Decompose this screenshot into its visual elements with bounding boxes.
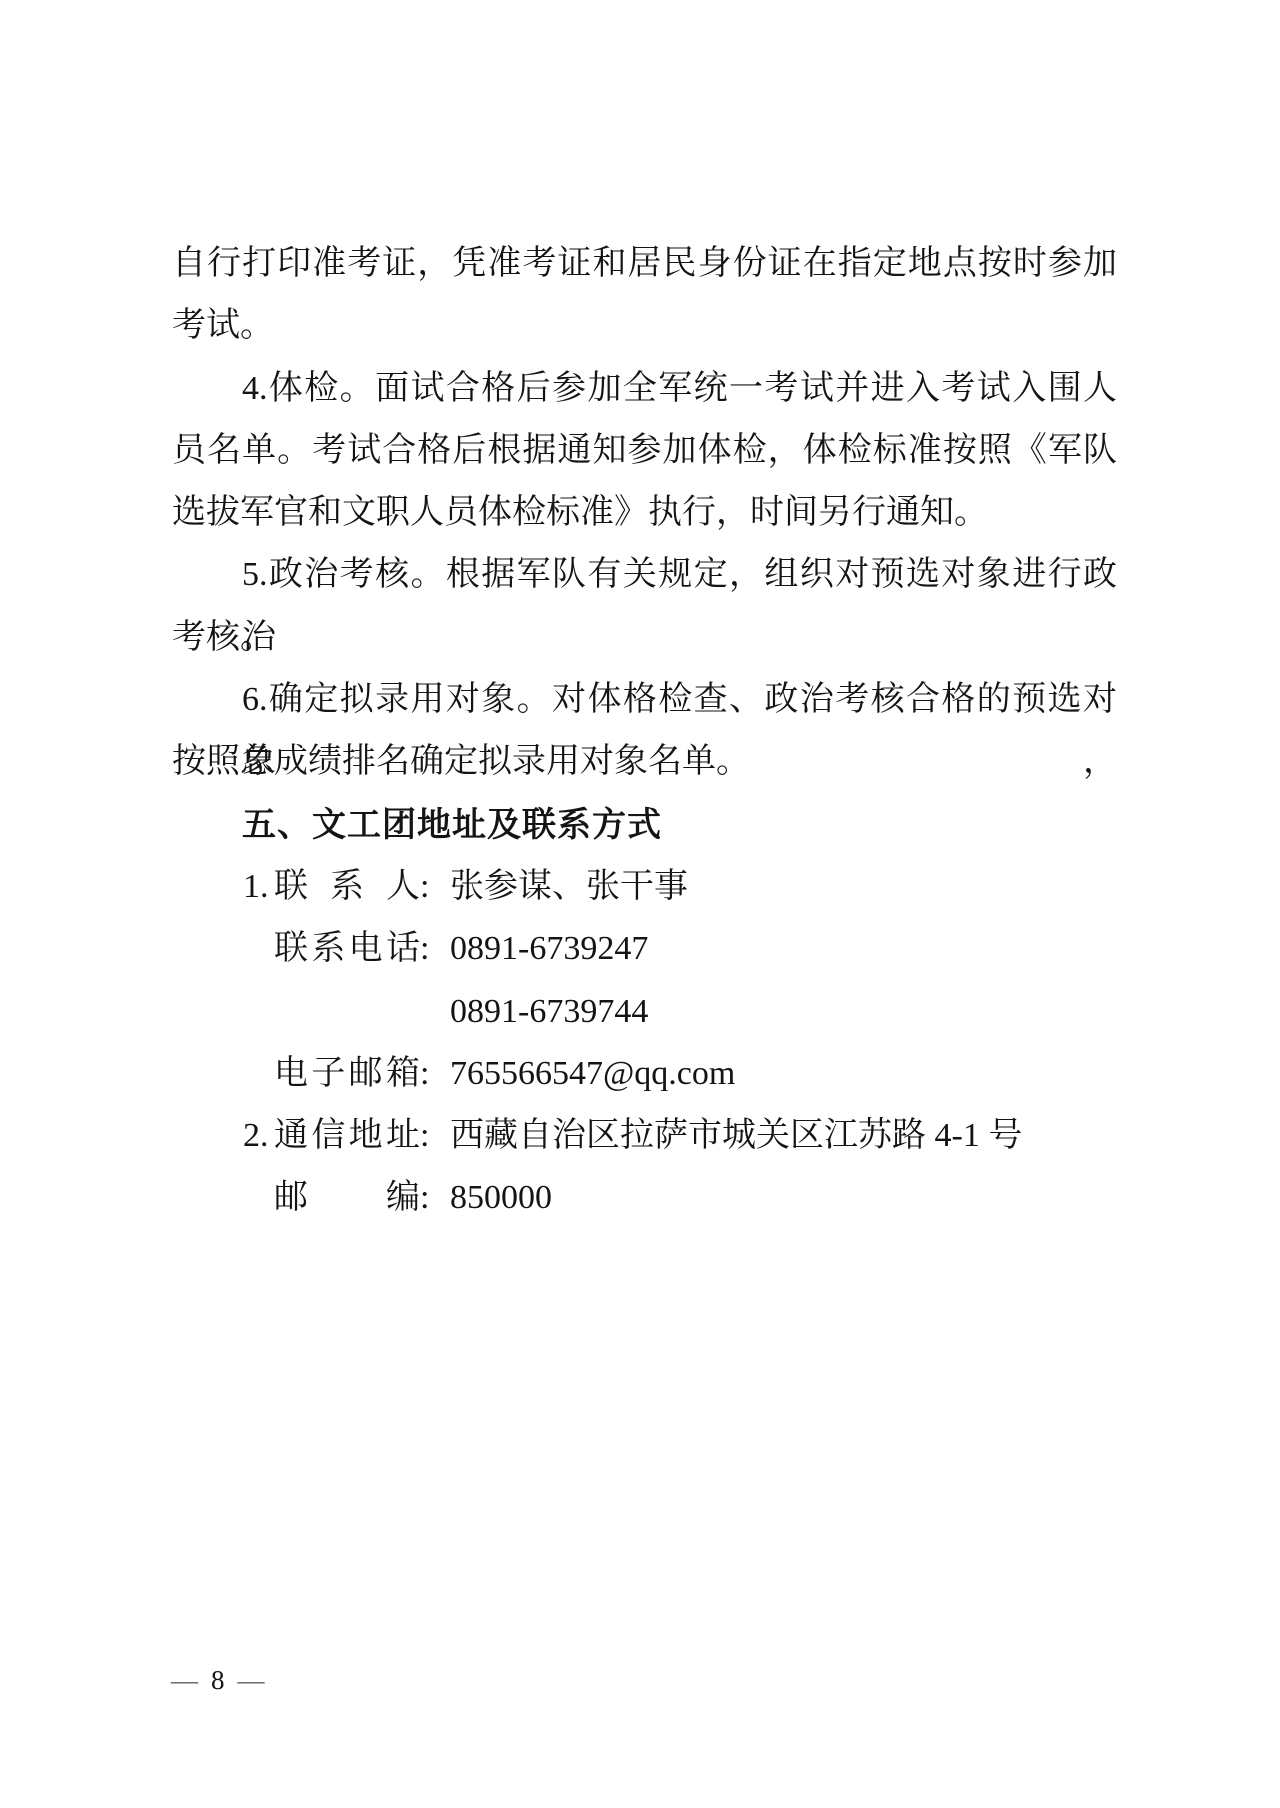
text-line: 4.体检。面试合格后参加全军统一考试并进入考试入围人 [172, 358, 1117, 420]
text-line: 自行打印准考证，凭准考证和居民身份证在指定地点按时参加 [172, 233, 1117, 295]
contact-phone-value-2: 0891-6739744 [450, 981, 648, 1043]
document-page: 自行打印准考证，凭准考证和居民身份证在指定地点按时参加 考试。 4.体检。面试合… [0, 0, 1280, 1808]
contact-address-label: 通信地址 [274, 1105, 420, 1167]
footer-dash-right: — [238, 1663, 265, 1697]
page-footer: —8— [171, 1663, 265, 1697]
contact-email-value: 765566547@qq.com [450, 1043, 735, 1105]
contact-colon: : [420, 856, 434, 918]
footer-dash-left: — [171, 1663, 198, 1697]
text-line: 6.确定拟录用对象。对体格检查、政治考核合格的预选对象， [172, 669, 1117, 731]
contact-colon: : [420, 1167, 434, 1229]
contact-colon: : [420, 918, 434, 980]
contact-phone-label: 联系电话 [274, 918, 420, 980]
list-number: 2. [243, 1105, 274, 1167]
contact-colon: : [420, 1043, 434, 1105]
text-line: 考核。 [172, 607, 1117, 669]
section-heading: 五、文工团地址及联系方式 [172, 794, 1117, 856]
contact-address-value: 西藏自治区拉萨市城关区江苏路 4-1 号 [450, 1105, 1022, 1167]
text-line: 选拔军官和文职人员体检标准》执行，时间另行通知。 [172, 482, 1117, 544]
contact-postal-label: 邮编 [274, 1167, 420, 1229]
text-line: 5.政治考核。根据军队有关规定，组织对预选对象进行政治 [172, 544, 1117, 606]
contact-colon: : [420, 1105, 434, 1167]
contact-person-line: 1.联系人:张参谋、张干事 [172, 856, 1117, 918]
contact-person-label: 联系人 [274, 856, 420, 918]
contact-email-label: 电子邮箱 [274, 1043, 420, 1105]
text-line: 考试。 [172, 295, 1117, 357]
contact-phone-line: 联系电话:0891-6739247 [172, 918, 1117, 980]
contact-postal-line: 邮编:850000 [172, 1167, 1117, 1229]
contact-phone-value-1: 0891-6739247 [450, 918, 648, 980]
page-number: 8 [211, 1663, 225, 1697]
contact-email-line: 电子邮箱:765566547@qq.com [172, 1043, 1117, 1105]
contact-person-value: 张参谋、张干事 [450, 856, 688, 918]
body-text: 自行打印准考证，凭准考证和居民身份证在指定地点按时参加 考试。 4.体检。面试合… [172, 233, 1117, 1230]
contact-address-line: 2.通信地址:西藏自治区拉萨市城关区江苏路 4-1 号 [172, 1105, 1117, 1167]
contact-postal-value: 850000 [450, 1167, 552, 1229]
list-number: 1. [243, 856, 274, 918]
text-line: 员名单。考试合格后根据通知参加体检，体检标准按照《军队 [172, 420, 1117, 482]
contact-phone-line-2: 0891-6739744 [172, 981, 1117, 1043]
